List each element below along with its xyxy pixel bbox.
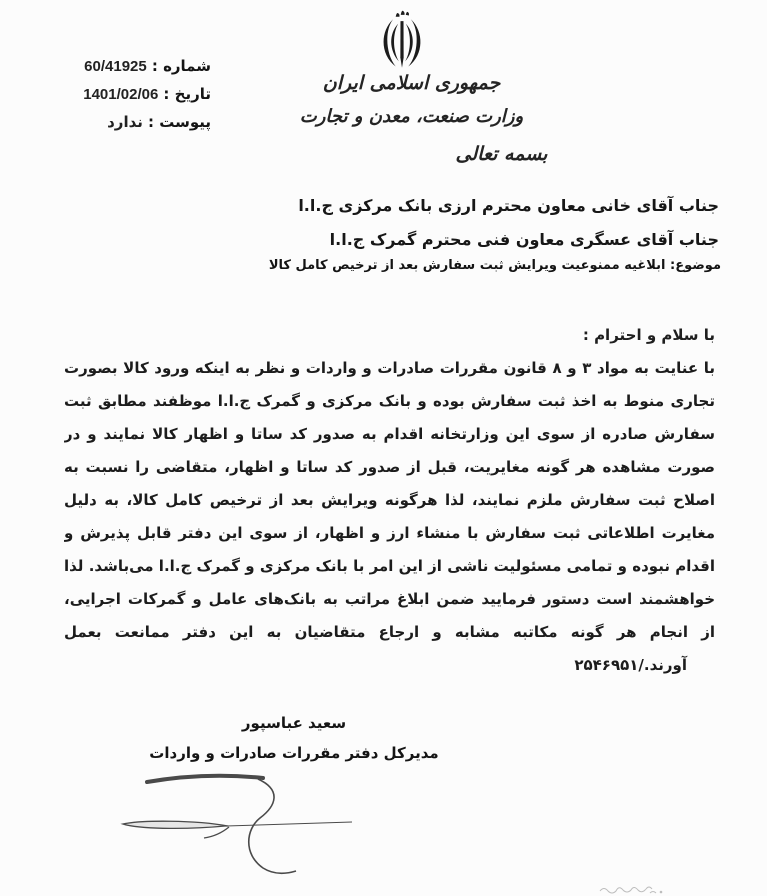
signature-block: سعید عباسپور مدیرکل دفتر مقررات صادرات و… bbox=[128, 708, 460, 768]
recipient-line: جناب آقای عسگری معاون فنی محترم گمرک ج.ا… bbox=[52, 223, 719, 257]
recipient-line: جناب آقای خانی معاون محترم ارزی بانک مرک… bbox=[52, 189, 719, 223]
handwritten-signature bbox=[100, 768, 470, 890]
letter-body: با عنایت به مواد ۳ و ۸ قانون مقررات صادر… bbox=[64, 352, 715, 682]
scanned-letter-page: شماره : 60/41925 تاریخ : 1401/02/06 پیوس… bbox=[0, 0, 767, 896]
iran-national-emblem-icon bbox=[370, 6, 434, 74]
salutation-line: با سلام و احترام : bbox=[583, 320, 715, 350]
header-besmellah: بسمه تعالی bbox=[0, 143, 767, 165]
closing-line: آورند./۲۵۴۶۹۵۱ bbox=[64, 649, 715, 682]
body-line: خواهشمند است دستور فرمایید ضمن ابلاغ مرا… bbox=[64, 583, 715, 616]
body-line: صورت مشاهده هر گونه مغایریت، قبل از صدور… bbox=[64, 451, 715, 484]
signer-name: سعید عباسپور bbox=[128, 708, 460, 738]
body-line: اصلاح ثبت سفارش ملزم نمایند، لذا هرگونه … bbox=[64, 484, 715, 517]
header-country-name: جمهوری اسلامی ایران bbox=[0, 72, 767, 94]
body-line: سفارش صادره از سوی این وزارتخانه اقدام ب… bbox=[64, 418, 715, 451]
footer-faint-mark bbox=[598, 883, 664, 896]
body-line: با عنایت به مواد ۳ و ۸ قانون مقررات صادر… bbox=[64, 352, 715, 385]
signer-title: مدیرکل دفتر مقررات صادرات و واردات bbox=[128, 738, 460, 768]
body-line: مغایرت اطلاعاتی ثبت سفارش با منشاء ارز و… bbox=[64, 517, 715, 550]
header-ministry-name: وزارت صنعت، معدن و تجارت bbox=[0, 106, 767, 127]
recipients-block: جناب آقای خانی معاون محترم ارزی بانک مرک… bbox=[52, 189, 719, 257]
body-line: از انجام هر گونه مکاتبه مشابه و ارجاع مت… bbox=[64, 616, 715, 649]
subject-line: موضوع: ابلاغیه ممنوعیت ویرایش ثبت سفارش … bbox=[52, 258, 721, 273]
body-line: اقدام نبوده و تمامی مسئولیت ناشی از این … bbox=[64, 550, 715, 583]
body-line: تجاری منوط به اخذ ثبت سفارش بوده و بانک … bbox=[64, 385, 715, 418]
